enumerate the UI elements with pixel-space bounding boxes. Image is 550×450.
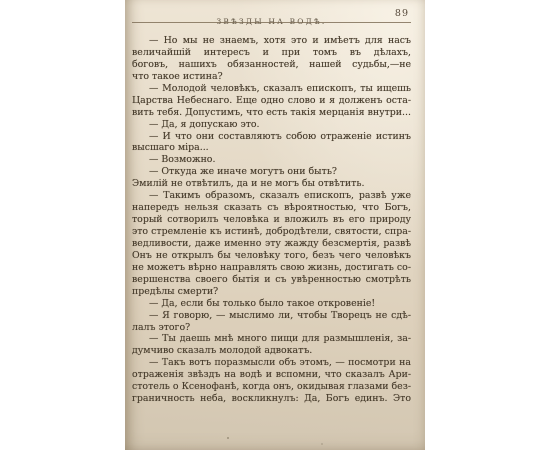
text-line: вершенства своего бытія и съ увѣренность… — [132, 274, 411, 286]
page-header: ЗВѢЗДЫ НА ВОДѢ. 89 — [132, 9, 411, 20]
text-line: — Возможно. — [132, 154, 411, 166]
text-line: Царства Небеснаго. Еще одно слово и я до… — [132, 95, 411, 107]
text-line: — И что они составляютъ собою отраженіе … — [132, 131, 411, 143]
text-line: — Да, я допускаю это. — [132, 119, 411, 131]
screenshot-background: ЗВѢЗДЫ НА ВОДѢ. 89 — Но мы не знаемъ, хо… — [0, 0, 550, 450]
text-line: высшаго міра... — [132, 142, 411, 154]
text-line: — Я говорю, — мыслимо ли, чтобы Творецъ … — [132, 310, 411, 322]
paper-speck — [227, 437, 229, 439]
text-line: — Да, если бы только было такое откровен… — [132, 298, 411, 310]
book-page: ЗВѢЗДЫ НА ВОДѢ. 89 — Но мы не знаемъ, хо… — [125, 0, 425, 450]
text-line: думчиво сказалъ молодой адвокатъ. — [132, 345, 411, 357]
text-line: — Ты даешь мнѣ много пищи для размышлені… — [132, 333, 411, 345]
text-line: напередъ нельзя сказать съ вѣроятностью,… — [132, 202, 411, 214]
text-line: — Такимъ образомъ, сказалъ епископъ, раз… — [132, 190, 411, 202]
text-line: торый сотворилъ человѣка и вложилъ въ ег… — [132, 214, 411, 226]
text-line: — Откуда же иначе могутъ они быть? — [132, 166, 411, 178]
text-line: лалъ этого? — [132, 322, 411, 334]
text-line: величайшій интересъ и при томъ въ дѣлахъ… — [132, 47, 411, 59]
text-line: вить тебя. Допустимъ, что есть такія мер… — [132, 107, 411, 119]
text-line: — Такъ вотъ поразмысли объ этомъ, — посм… — [132, 357, 411, 369]
text-line: что такое истина? — [132, 71, 411, 83]
text-line: ведливости, даже именно эту жажду безсме… — [132, 238, 411, 250]
body-text: — Но мы не знаемъ, хотя это и имѣетъ для… — [132, 35, 411, 405]
text-line: — Молодой человѣкъ, сказалъ епископъ, ты… — [132, 83, 411, 95]
page-number: 89 — [395, 8, 409, 19]
text-line: граничность неба, воскликнулъ: Да, Богъ … — [132, 393, 411, 405]
header-rule — [132, 22, 411, 23]
text-line: предѣлы смерти? — [132, 286, 411, 298]
text-line: боговъ, нашихъ обязанностей, нашей судьб… — [132, 59, 411, 71]
text-block: ЗВѢЗДЫ НА ВОДѢ. 89 — Но мы не знаемъ, хо… — [132, 0, 411, 405]
text-line: стотель о Ксенофанѣ, когда онъ, окидывая… — [132, 381, 411, 393]
paper-speck — [321, 443, 323, 445]
text-line: отраженія звѣздъ на водѣ и вспомни, что … — [132, 369, 411, 381]
text-line: не можетъ вѣрно направлять свою жизнь, д… — [132, 262, 411, 274]
text-line: это стремленіе къ истинѣ, добродѣтели, с… — [132, 226, 411, 238]
text-line: — Но мы не знаемъ, хотя это и имѣетъ для… — [132, 35, 411, 47]
text-line: Эмилій не отвѣтилъ, да и не могъ бы отвѣ… — [132, 178, 411, 190]
text-line: Онъ не открылъ бы человѣку того, безъ че… — [132, 250, 411, 262]
